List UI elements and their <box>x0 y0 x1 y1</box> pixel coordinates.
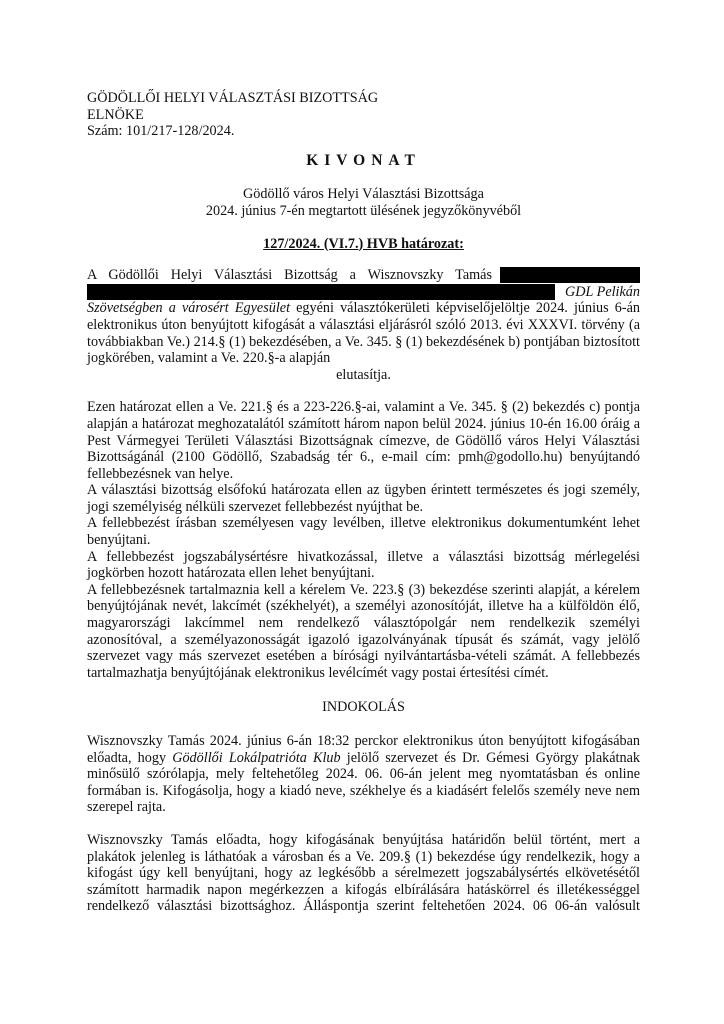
appeal-paragraph-5: A fellebbezésnek tartalmaznia kell a kér… <box>87 582 640 682</box>
redaction-box <box>500 267 640 283</box>
reasoning-paragraph-2: Wisznovszky Tamás előadta, hogy kifogásá… <box>87 832 640 915</box>
appeal-paragraph-4: A fellebbezést jogszabálysértésre hivatk… <box>87 549 640 582</box>
document-title: KIVONAT <box>87 153 640 170</box>
issuer-role: ELNÖKE <box>87 107 640 124</box>
decision-intro: A Gödöllői Helyi Választási Bizottság a … <box>87 267 492 284</box>
organization-name-rest: Szövetségben a városért Egyesület <box>87 300 290 316</box>
appeal-paragraph-2: A választási bizottság elsőfokú határoza… <box>87 482 640 515</box>
appeal-paragraph-3: A fellebbezést írásban személyesen vagy … <box>87 515 640 548</box>
redaction-box <box>87 284 555 300</box>
organization-name: Gödöllői Lokálpatrióta Klub <box>172 750 340 766</box>
appeal-paragraph-1: Ezen határozat ellen a Ve. 221.§ és a 22… <box>87 399 640 482</box>
reasoning-title: INDOKOLÁS <box>87 699 640 716</box>
decision-line-2: GDL Pelikán <box>87 284 640 301</box>
reference-number: Szám: 101/217-128/2024. <box>87 123 640 140</box>
decision-text: A Gödöllői Helyi Választási Bizottság a … <box>87 267 640 383</box>
decision-body: Szövetségben a városért Egyesület egyéni… <box>87 300 640 366</box>
decision-line-1: A Gödöllői Helyi Választási Bizottság a … <box>87 267 640 284</box>
subtitle-line-2: 2024. június 7-én megtartott ülésének je… <box>87 203 640 220</box>
document-page: GÖDÖLLŐI HELYI VÁLASZTÁSI BIZOTTSÁG ELNÖ… <box>87 90 640 915</box>
appeal-information: Ezen határozat ellen a Ve. 221.§ és a 22… <box>87 399 640 681</box>
issuing-organization: GÖDÖLLŐI HELYI VÁLASZTÁSI BIZOTTSÁG <box>87 90 640 107</box>
verdict: elutasítja. <box>87 367 640 384</box>
organization-name-part: GDL Pelikán <box>565 284 640 301</box>
decision-number: 127/2024. (VI.7.) HVB határozat: <box>87 236 640 253</box>
subtitle-line-1: Gödöllő város Helyi Választási Bizottság… <box>87 186 640 203</box>
reasoning-paragraph-1: Wisznovszky Tamás 2024. június 6-án 18:3… <box>87 733 640 816</box>
